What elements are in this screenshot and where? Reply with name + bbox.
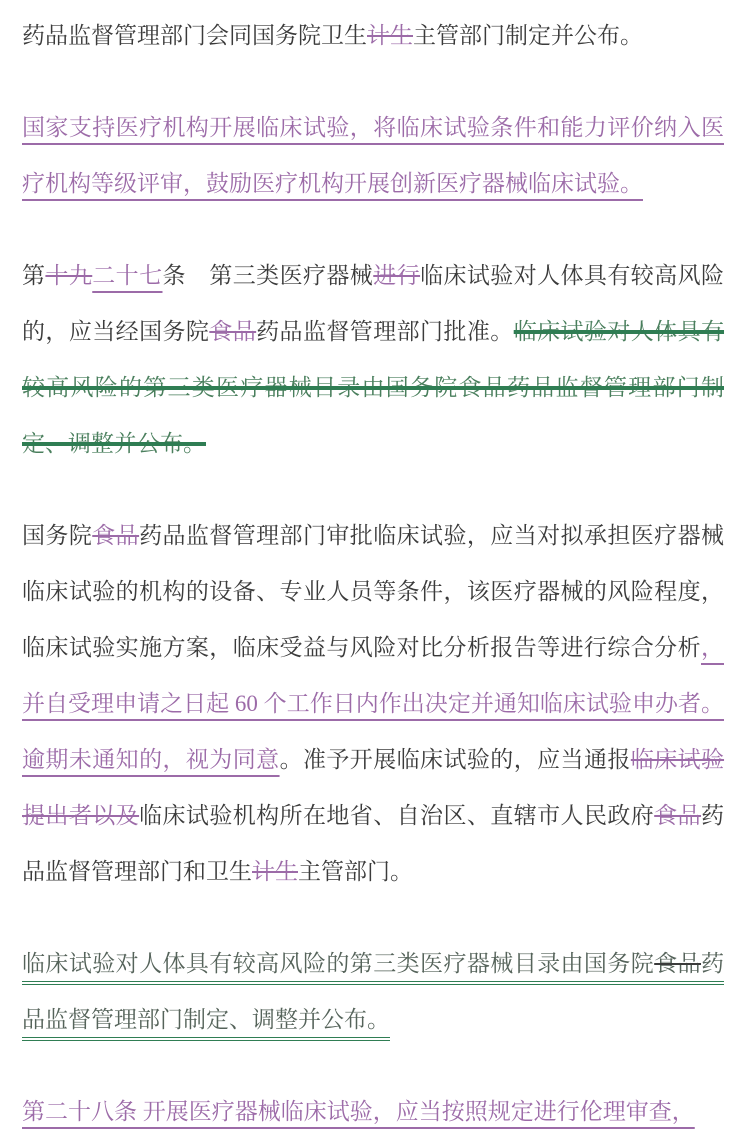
paragraph: 第十九二十七条 第三类医疗器械进行临床试验对人体具有较高风险的，应当经国务院食品… (22, 248, 724, 472)
text-run-inserted: 国家支持医疗机构开展临床试验，将临床试验条件和能力评价纳入医疗机构等级评审，鼓励… (22, 115, 724, 196)
paragraph: 临床试验对人体具有较高风险的第三类医疗器械目录由国务院食品药品监督管理部门制定、… (22, 936, 724, 1048)
document-page: 药品监督管理部门会同国务院卫生计生主管部门制定并公布。国家支持医疗机构开展临床试… (0, 0, 746, 1146)
paragraph: 第二十八条 开展医疗器械临床试验，应当按照规定进行伦理审查， (22, 1084, 724, 1140)
text-run-deleted: 十九 (45, 263, 92, 288)
text-run-moved-to: 临床试验对人体具有较高风险的第三类医疗器械目录由国务院 (22, 951, 654, 985)
document-body: 药品监督管理部门会同国务院卫生计生主管部门制定并公布。国家支持医疗机构开展临床试… (22, 8, 724, 1140)
text-run-normal: 主管部门。 (298, 859, 413, 884)
text-run-normal: 药品监督管理部门批准。 (256, 319, 514, 344)
text-run-normal: 国务院 (22, 523, 92, 548)
paragraph: 国家支持医疗机构开展临床试验，将临床试验条件和能力评价纳入医疗机构等级评审，鼓励… (22, 100, 724, 212)
text-run-inserted: 二十七 (92, 263, 162, 288)
text-run-deleted: 进行 (373, 263, 420, 288)
text-run-deleted: 食品 (654, 803, 701, 828)
paragraph: 国务院食品药品监督管理部门审批临床试验，应当对拟承担医疗器械临床试验的机构的设备… (22, 508, 724, 900)
text-run-normal: 药品监督管理部门会同国务院卫生 (22, 23, 367, 48)
text-run-normal: 第 (22, 263, 45, 288)
text-run-normal: 条 第三类医疗器械 (163, 263, 374, 288)
text-run-deleted: 食品 (92, 523, 139, 548)
text-run-deleted: 计生 (252, 859, 298, 884)
text-run-inserted: 第二十八条 开展医疗器械临床试验，应当按照规定进行伦理审查， (22, 1099, 695, 1124)
text-run-deleted: 食品 (209, 319, 256, 344)
text-run-normal: 临床试验机构所在地省、自治区、直辖市人民政府 (139, 803, 654, 828)
text-run-normal: 主管部门制定并公布。 (413, 23, 643, 48)
text-run-deleted: 计生 (367, 23, 413, 48)
text-run-normal: 。准予开展临床试验的，应当通报 (280, 747, 631, 772)
paragraph: 药品监督管理部门会同国务院卫生计生主管部门制定并公布。 (22, 8, 724, 64)
text-run-moved-to-deleted: 食品 (654, 951, 701, 985)
